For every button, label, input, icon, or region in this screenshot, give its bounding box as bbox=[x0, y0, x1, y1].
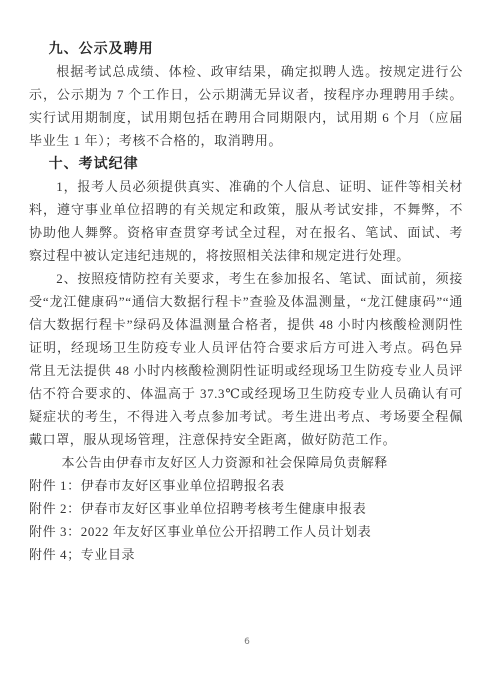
paragraph-exam-discipline-2: 2、按照疫情防控有关要求，考生在参加报名、笔试、面试前，须接受“龙江健康码”“通… bbox=[29, 267, 463, 451]
section-heading-exam-discipline: 十、考试纪律 bbox=[29, 152, 463, 175]
document-content: 九、公示及聘用 根据考试总成绩、体检、政审结果，确定拟聘人选。按规定进行公示，公… bbox=[29, 37, 463, 566]
section-heading-publicity-and-employment: 九、公示及聘用 bbox=[29, 37, 463, 60]
attachment-item-1: 附件 1：伊春市友好区事业单位招聘报名表 bbox=[29, 474, 463, 497]
attachment-item-2: 附件 2：伊春市友好区事业单位招聘考核考生健康申报表 bbox=[29, 497, 463, 520]
attachments-list: 附件 1：伊春市友好区事业单位招聘报名表 附件 2：伊春市友好区事业单位招聘考核… bbox=[29, 474, 463, 566]
attachment-item-3: 附件 3：2022 年友好区事业单位公开招聘工作人员计划表 bbox=[29, 520, 463, 543]
attachment-item-4: 附件 4；专业目录 bbox=[29, 543, 463, 566]
paragraph-exam-discipline-1: 1，报考人员必须提供真实、准确的个人信息、证明、证件等相关材料，遵守事业单位招聘… bbox=[29, 175, 463, 267]
paragraph-publicity-and-employment: 根据考试总成绩、体检、政审结果，确定拟聘人选。按规定进行公示，公示期为 7 个工… bbox=[29, 60, 463, 152]
page-number: 6 bbox=[0, 637, 494, 647]
closing-interpretation-note: 本公告由伊春市友好区人力资源和社会保障局负责解释 bbox=[29, 451, 463, 474]
document-page: 九、公示及聘用 根据考试总成绩、体检、政审结果，确定拟聘人选。按规定进行公示，公… bbox=[0, 0, 494, 700]
